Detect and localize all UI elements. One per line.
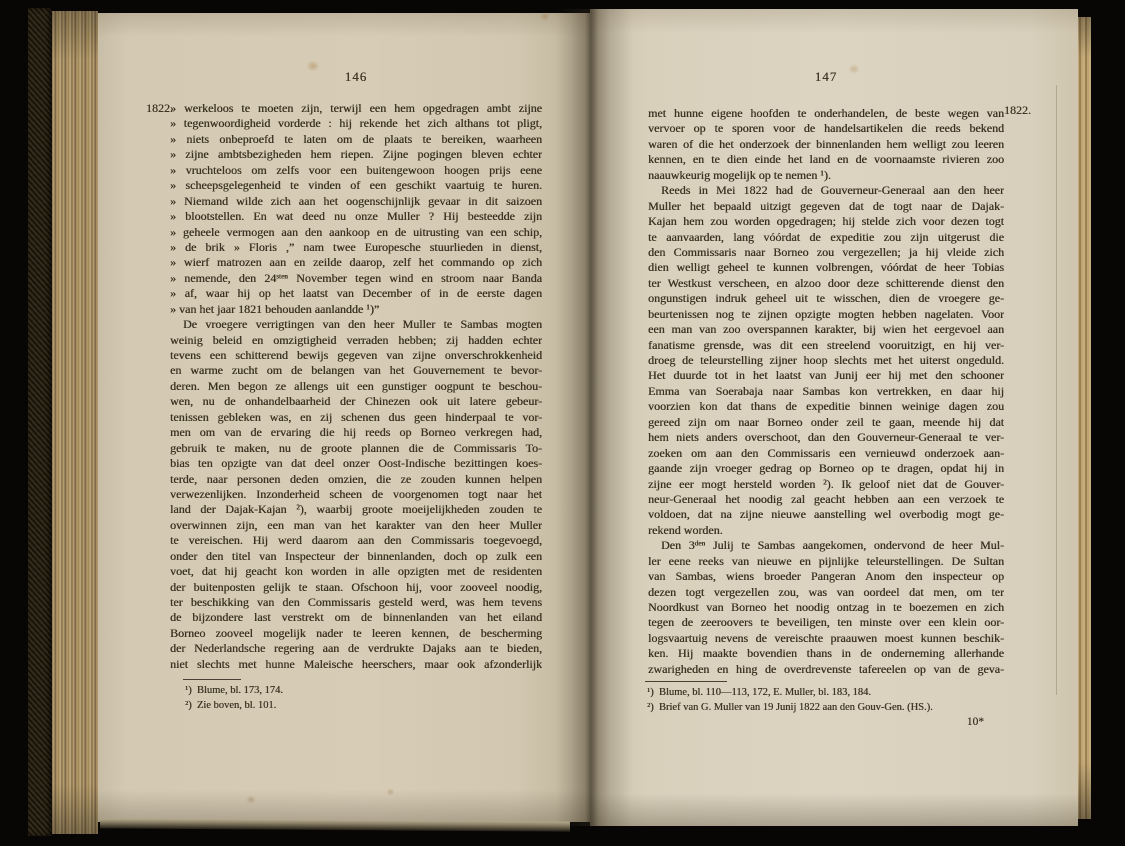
text-line: land der Dajak-Kajan ²), waarbij groote …: [170, 502, 542, 517]
text-line: Muller het bepaald uitzigt gegeven dat d…: [648, 199, 1004, 214]
text-line: dezen togt vergezellen zou, was van oord…: [648, 585, 1004, 600]
text-line: » Niemand wilde zich aan het oogenschijn…: [170, 194, 542, 209]
text-line: de bijzondere last verstrekt om de binne…: [170, 610, 542, 625]
signature-mark: 10*: [648, 716, 1004, 728]
text-line: » geheele vermogen aan den aankoop en de…: [170, 225, 542, 240]
text-line: gebruik te maken, nu de groote plannen d…: [170, 441, 542, 456]
text-line: fanatisme grensde, was dit een streelend…: [648, 338, 1004, 353]
text-line: kennen, en te dien einde het land en de …: [648, 152, 1004, 167]
text-line: ken. Hij maakte bovendien thans in de on…: [648, 646, 1004, 661]
text-line: zoeken om aan den Commissaris een vernie…: [648, 446, 1004, 461]
book-cover-edge: [28, 8, 52, 836]
text-line: zijne eer mogt hersteld worden ²). Ik ge…: [648, 477, 1004, 492]
text-line: en warme zucht om de belangen van het Go…: [170, 363, 542, 378]
left-page: 146 1822. » werkeloos te moeten zijn, te…: [98, 13, 590, 822]
text-line: ter beschikking van den Commissaris gest…: [170, 595, 542, 610]
text-line: een man van zoo overspannen karakter, bi…: [648, 322, 1004, 337]
text-line: voorzien kon dat thans de expeditie binn…: [648, 399, 1004, 414]
text-line: den Commissaris naar Borneo zou vergezel…: [648, 245, 1004, 260]
text-line: verwezenlijken. Inzonderheid scheen de v…: [170, 487, 542, 502]
text-line: » wierf matrozen aan en zeilde daarop, z…: [170, 255, 542, 270]
text-line: tegen de zeeroovers te beveiligen, ten m…: [648, 615, 1004, 630]
text-line: dien welligt geheel te kunnen volbrengen…: [648, 260, 1004, 275]
text-line: waren of die het onderzoek der binnenlan…: [648, 137, 1004, 152]
footnotes-right: ¹) Blume, bl. 110—113, 172, E. Muller, b…: [647, 686, 1007, 715]
text-line: Emma van Soerabaja naar Sambas kon vertr…: [648, 384, 1004, 399]
text-line: voldoen, dat na zijne nieuwe aanstelling…: [648, 507, 1004, 522]
text-line: » tegenwoordigheid vorderde : hij rekend…: [170, 116, 542, 131]
text-line: voet, dat hij geacht kon worden in alle …: [170, 564, 542, 579]
text-line: tevens een schitterend bewijs gegeven va…: [170, 348, 542, 363]
text-line: » af, waar hij op het laatst van Decembe…: [170, 286, 542, 301]
right-page-edges: [1077, 17, 1091, 819]
text-line: wen, nu de onhandelbaarheid der Chinezen…: [170, 394, 542, 409]
footnote-rule-right: [645, 681, 727, 682]
text-line: der buitenposten gelijk te staan. Ofscho…: [170, 580, 542, 595]
text-line: droeg de teleurstelling zijner hoop slec…: [648, 353, 1004, 368]
text-line: neur-Generaal het noodig zal geacht hebb…: [648, 492, 1004, 507]
text-line: » vruchteloos om zelfs voor een buitenge…: [170, 163, 542, 178]
page-number-right: 147: [648, 69, 1004, 85]
text-line: te vereischen. Hij werd daarom aan den C…: [170, 533, 542, 548]
text-line: vervoer op te sporen voor de handelsarti…: [648, 121, 1004, 136]
text-line: men om van de ervaring die hij reeds op …: [170, 425, 542, 440]
text-line: gaande zijn vroeger gedrag op Borneo op …: [648, 461, 1004, 476]
text-line: ler eene reeks van nieuwe en pijnlijke t…: [648, 554, 1004, 569]
body-text-left: » werkeloos te moeten zijn, terwijl een …: [170, 101, 542, 672]
text-line: gereed zijn om naar Borneo onder zeil te…: [648, 415, 1004, 430]
text-line: Reeds in Mei 1822 had de Gouverneur-Gene…: [648, 183, 1004, 198]
text-line: » de brik » Floris ,” nam twee Europesch…: [170, 240, 542, 255]
text-line: » zijne ambtsbezigheden hem riepen. Zijn…: [170, 147, 542, 162]
text-line: zwarigheden en hing de overdrevenste taf…: [648, 662, 1004, 677]
left-page-bottom-edges: [100, 818, 570, 831]
text-line: Borneo zooveel mogelijk nader te leeren …: [170, 626, 542, 641]
text-line: » nemende, den 24ˢᵗᵉⁿ November tegen win…: [170, 271, 542, 286]
text-line: Den 3ᵈᵉⁿ Julij te Sambas aangekomen, ond…: [648, 538, 1004, 553]
text-line: » scheepsgelegenheid te vinden of een ge…: [170, 178, 542, 193]
text-line: Het duurde tot in het laatst van Junij e…: [648, 368, 1004, 383]
text-line: ongunstigen indruk geheel uit te wissche…: [648, 291, 1004, 306]
text-line: overwinnen zijn, een man van het karakte…: [170, 518, 542, 533]
margin-year-left: 1822.: [146, 101, 173, 116]
left-page-edges: [52, 11, 98, 834]
text-line: » blootstellen. En wat deed nu onze Mull…: [170, 209, 542, 224]
text-line: niet slechts met hunne Maleische heersch…: [170, 657, 542, 672]
text-line: » van het jaar 1821 behouden aanlandde ¹…: [170, 302, 542, 317]
text-line: met hunne eigene hoofden te onderhandele…: [648, 106, 1004, 121]
text-line: tenissen gebleken was, en zij schenen du…: [170, 410, 542, 425]
text-line: ter Westkust verscheen, en alzoo door de…: [648, 276, 1004, 291]
text-line: hem niets anders overschoot, dan den Gou…: [648, 430, 1004, 445]
text-line: Noordkust van Borneo het noodig ontzag i…: [648, 600, 1004, 615]
right-page: 147 1822. met hunne eigene hoofden te on…: [590, 9, 1078, 826]
text-line: te aanvaarden, lang vóórdat de expeditie…: [648, 230, 1004, 245]
footnote: ²) Zie boven, bl. 101.: [185, 699, 557, 714]
text-line: der Nederlandsche regering aan de verdru…: [170, 641, 542, 656]
text-line: van Sambas, wiens broeder Pangeran Anom …: [648, 569, 1004, 584]
text-line: beurtenissen nog te zijnen opzigte mogte…: [648, 307, 1004, 322]
text-line: bias ten opzigte van dat deel onzer Oost…: [170, 456, 542, 471]
text-line: terde, naar personen deden omzien, die z…: [170, 472, 542, 487]
text-line: onder den titel van Inspecteur der binne…: [170, 549, 542, 564]
footnote: ²) Brief van G. Muller van 19 Junij 1822…: [647, 701, 1007, 716]
text-line: De vroegere verrigtingen van den heer Mu…: [170, 317, 542, 332]
footnote: ¹) Blume, bl. 173, 174.: [185, 684, 557, 699]
text-line: deren. Men begon ze allengs uit een guns…: [170, 379, 542, 394]
footnote-rule-left: [183, 679, 241, 680]
text-line: weinig beleid en omzigtigheid verraden h…: [170, 333, 542, 348]
footnotes-left: ¹) Blume, bl. 173, 174.²) Zie boven, bl.…: [185, 684, 557, 713]
text-line: naauwkeurig mogelijk op te nemen ¹).: [648, 168, 1004, 183]
text-line: » werkeloos te moeten zijn, terwijl een …: [170, 101, 542, 116]
body-text-right: met hunne eigene hoofden te onderhandele…: [648, 106, 1004, 677]
page-number-left: 146: [170, 69, 542, 85]
text-line: logsvaartuig nevens de vereischte praauw…: [648, 631, 1004, 646]
margin-year-right: 1822.: [1004, 103, 1031, 118]
text-line: rekend worden.: [648, 523, 1004, 538]
footnote: ¹) Blume, bl. 110—113, 172, E. Muller, b…: [647, 686, 1007, 701]
text-line: Kajan hem zou worden opgedragen; hij ste…: [648, 214, 1004, 229]
text-line: » niets onbeproefd te laten om de plaats…: [170, 132, 542, 147]
